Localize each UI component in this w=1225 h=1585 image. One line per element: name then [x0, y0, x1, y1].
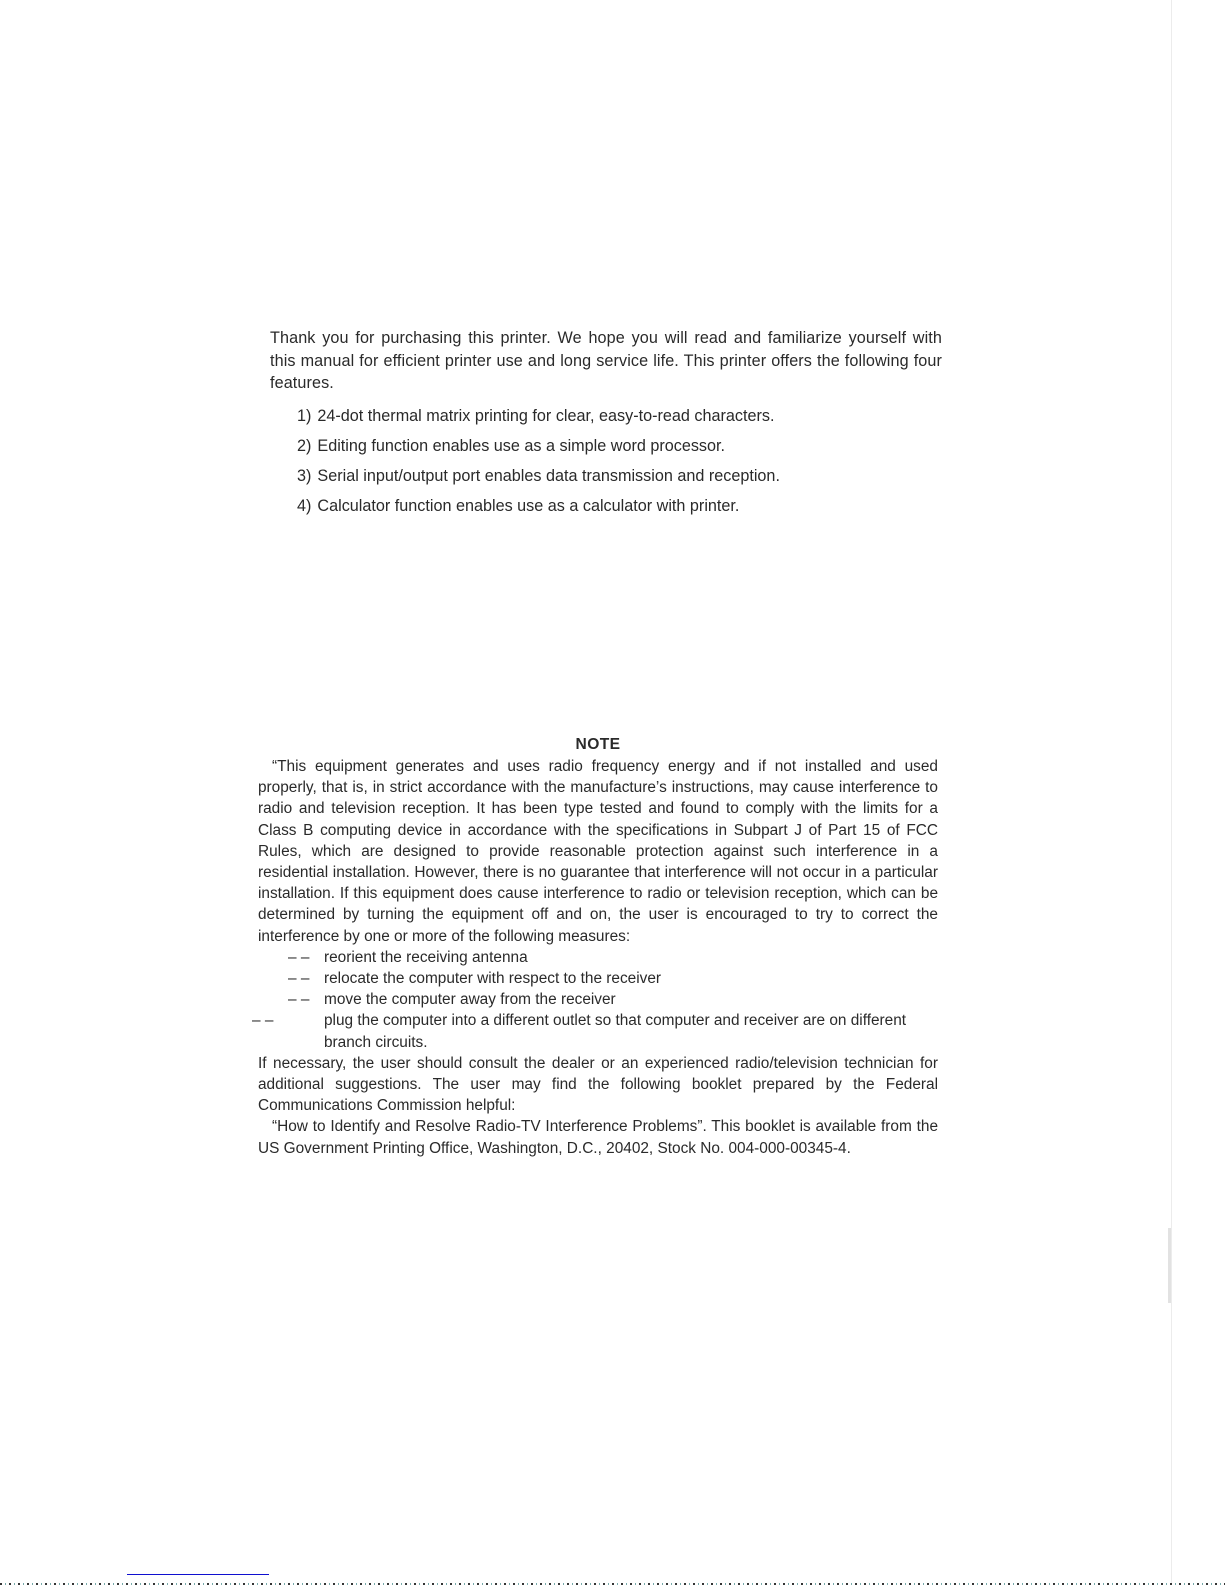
- intro-section: Thank you for purchasing this printer. W…: [270, 327, 942, 395]
- feature-text: Editing function enables use as a simple…: [317, 437, 725, 455]
- link-underline[interactable]: [127, 1574, 269, 1575]
- measure-item: – –reorient the receiving antenna: [288, 947, 938, 968]
- intro-paragraph: Thank you for purchasing this printer. W…: [270, 327, 942, 395]
- measure-text: plug the computer into a different outle…: [324, 1012, 906, 1050]
- feature-number: 3): [297, 465, 311, 487]
- fcc-note-section: NOTE “This equipment generates and uses …: [258, 733, 938, 1159]
- feature-text: 24-dot thermal matrix printing for clear…: [317, 407, 774, 425]
- feature-number: 1): [297, 405, 311, 427]
- feature-item: 3)Serial input/output port enables data …: [297, 465, 937, 495]
- measures-list: – –reorient the receiving antenna – –rel…: [258, 947, 938, 1053]
- note-title: NOTE: [258, 733, 938, 756]
- feature-number: 2): [297, 435, 311, 457]
- measure-item: – –plug the computer into a different ou…: [288, 1010, 938, 1052]
- measure-text: move the computer away from the receiver: [324, 991, 616, 1008]
- feature-number: 4): [297, 495, 311, 517]
- feature-item: 2)Editing function enables use as a simp…: [297, 435, 937, 465]
- dash-marker: – –: [288, 989, 324, 1010]
- feature-item: 1)24-dot thermal matrix printing for cle…: [297, 405, 937, 435]
- page-edge-shadow: [1168, 1228, 1171, 1303]
- note-paragraph-booklet: “How to Identify and Resolve Radio-TV In…: [258, 1116, 938, 1158]
- measure-item: – –move the computer away from the recei…: [288, 989, 938, 1010]
- measure-text: relocate the computer with respect to th…: [324, 970, 661, 987]
- measure-item: – –relocate the computer with respect to…: [288, 968, 938, 989]
- dash-marker: – –: [288, 1010, 324, 1031]
- page-edge: [1171, 0, 1172, 1585]
- feature-text: Serial input/output port enables data tr…: [317, 467, 780, 485]
- feature-text: Calculator function enables use as a cal…: [317, 497, 739, 515]
- note-paragraph-interference: “This equipment generates and uses radio…: [258, 756, 938, 947]
- note-paragraph-consult: If necessary, the user should consult th…: [258, 1053, 938, 1117]
- measure-text: reorient the receiving antenna: [324, 949, 528, 966]
- feature-list: 1)24-dot thermal matrix printing for cle…: [297, 405, 937, 525]
- dash-marker: – –: [288, 968, 324, 989]
- dash-marker: – –: [288, 947, 324, 968]
- feature-item: 4)Calculator function enables use as a c…: [297, 495, 937, 525]
